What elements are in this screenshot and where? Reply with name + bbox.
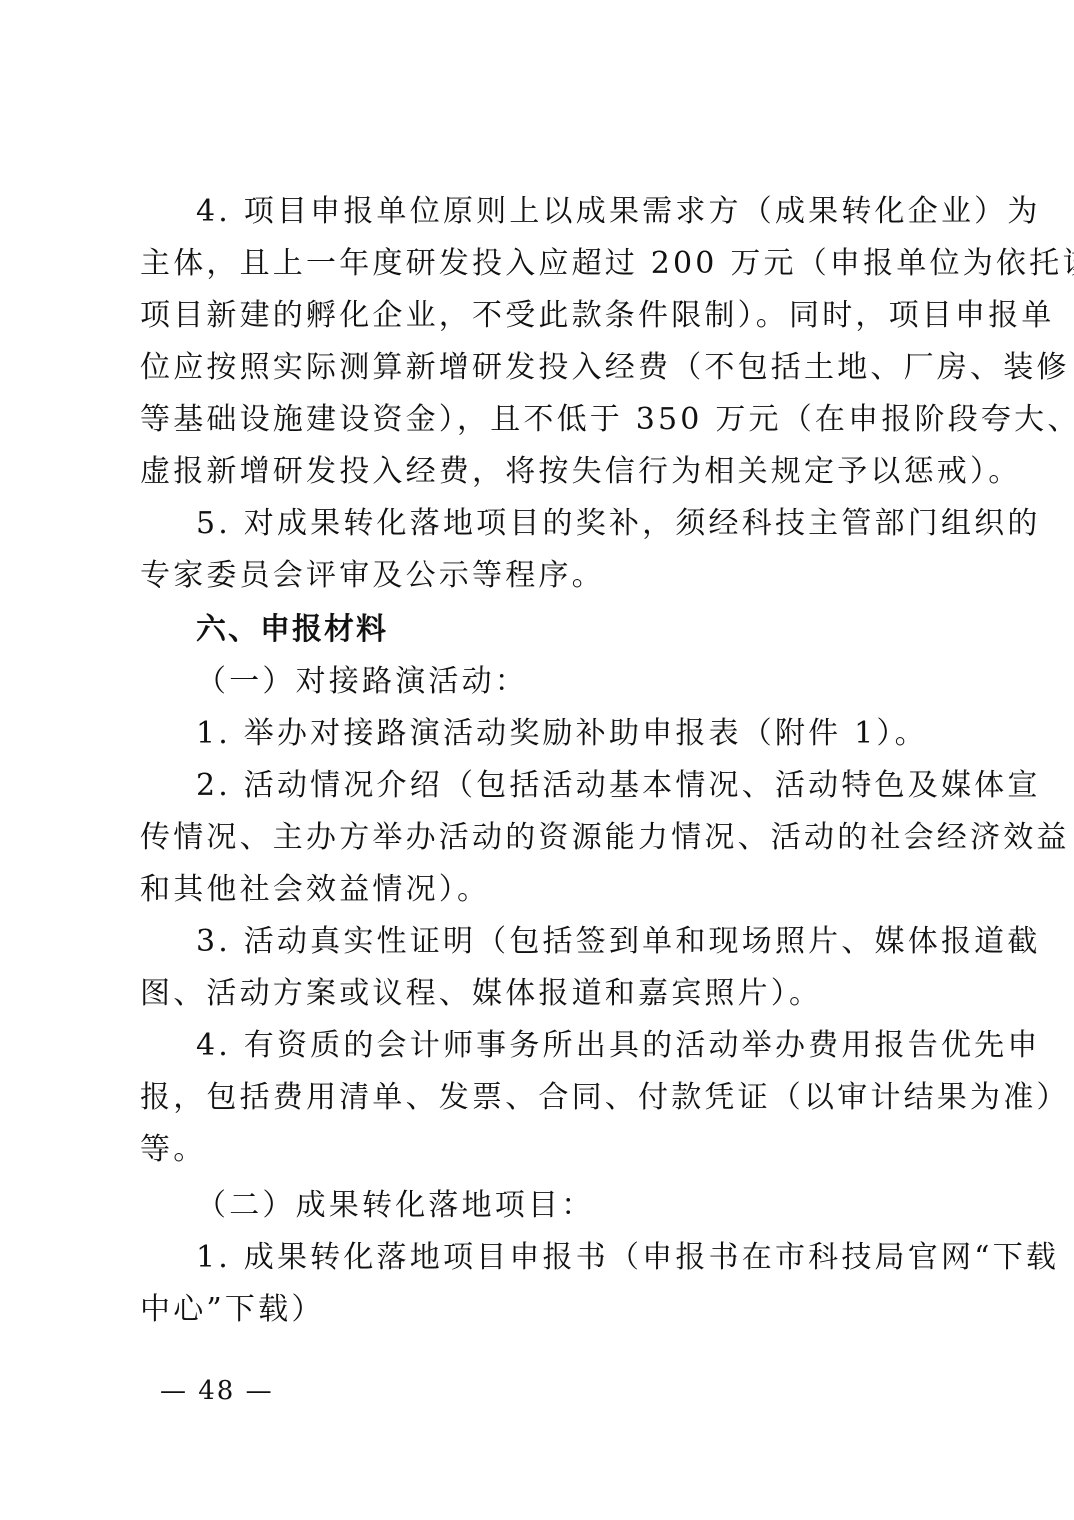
paragraph-4-line-1: 4. 项目申报单位原则上以成果需求方（成果转化企业）为 bbox=[196, 192, 996, 232]
subsection-1-item-3-line-2: 图、活动方案或议程、媒体报道和嘉宾照片）。 bbox=[140, 974, 940, 1014]
section-heading: 六、申报材料 bbox=[196, 610, 996, 650]
paragraph-4-line-5: 等基础设施建设资金），且不低于 350 万元（在申报阶段夸大、 bbox=[140, 400, 940, 440]
subsection-2-item-1-line-2: 中心”下载） bbox=[140, 1290, 940, 1330]
subsection-1-item-4-line-3: 等。 bbox=[140, 1130, 940, 1170]
paragraph-5-line-2: 专家委员会评审及公示等程序。 bbox=[140, 556, 940, 596]
subsection-1-item-1: 1. 举办对接路演活动奖励补助申报表（附件 1）。 bbox=[196, 714, 996, 754]
subsection-1-item-4-line-1: 4. 有资质的会计师事务所出具的活动举办费用报告优先申 bbox=[196, 1026, 996, 1066]
paragraph-4-line-3: 项目新建的孵化企业，不受此款条件限制）。同时，项目申报单 bbox=[140, 296, 940, 336]
paragraph-4-line-6: 虚报新增研发投入经费，将按失信行为相关规定予以惩戒）。 bbox=[140, 452, 940, 492]
paragraph-4-line-4: 位应按照实际测算新增研发投入经费（不包括土地、厂房、装修 bbox=[140, 348, 940, 388]
subsection-2-title: （二）成果转化落地项目： bbox=[196, 1186, 996, 1226]
subsection-1-item-4-line-2: 报，包括费用清单、发票、合同、付款凭证（以审计结果为准） bbox=[140, 1078, 940, 1118]
subsection-1-item-2-line-2: 传情况、主办方举办活动的资源能力情况、活动的社会经济效益 bbox=[140, 818, 940, 858]
document-page: 4. 项目申报单位原则上以成果需求方（成果转化企业）为 主体，且上一年度研发投入… bbox=[0, 0, 1074, 1520]
page-number: — 48 — bbox=[160, 1371, 274, 1411]
subsection-1-item-2-line-1: 2. 活动情况介绍（包括活动基本情况、活动特色及媒体宣 bbox=[196, 766, 996, 806]
subsection-1-title: （一）对接路演活动： bbox=[196, 662, 996, 702]
subsection-2-item-1-line-1: 1. 成果转化落地项目申报书（申报书在市科技局官网“下载 bbox=[196, 1238, 996, 1278]
paragraph-5-line-1: 5. 对成果转化落地项目的奖补，须经科技主管部门组织的 bbox=[196, 504, 996, 544]
subsection-1-item-2-line-3: 和其他社会效益情况）。 bbox=[140, 870, 940, 910]
paragraph-4-line-2: 主体，且上一年度研发投入应超过 200 万元（申报单位为依托该 bbox=[140, 244, 940, 284]
subsection-1-item-3-line-1: 3. 活动真实性证明（包括签到单和现场照片、媒体报道截 bbox=[196, 922, 996, 962]
